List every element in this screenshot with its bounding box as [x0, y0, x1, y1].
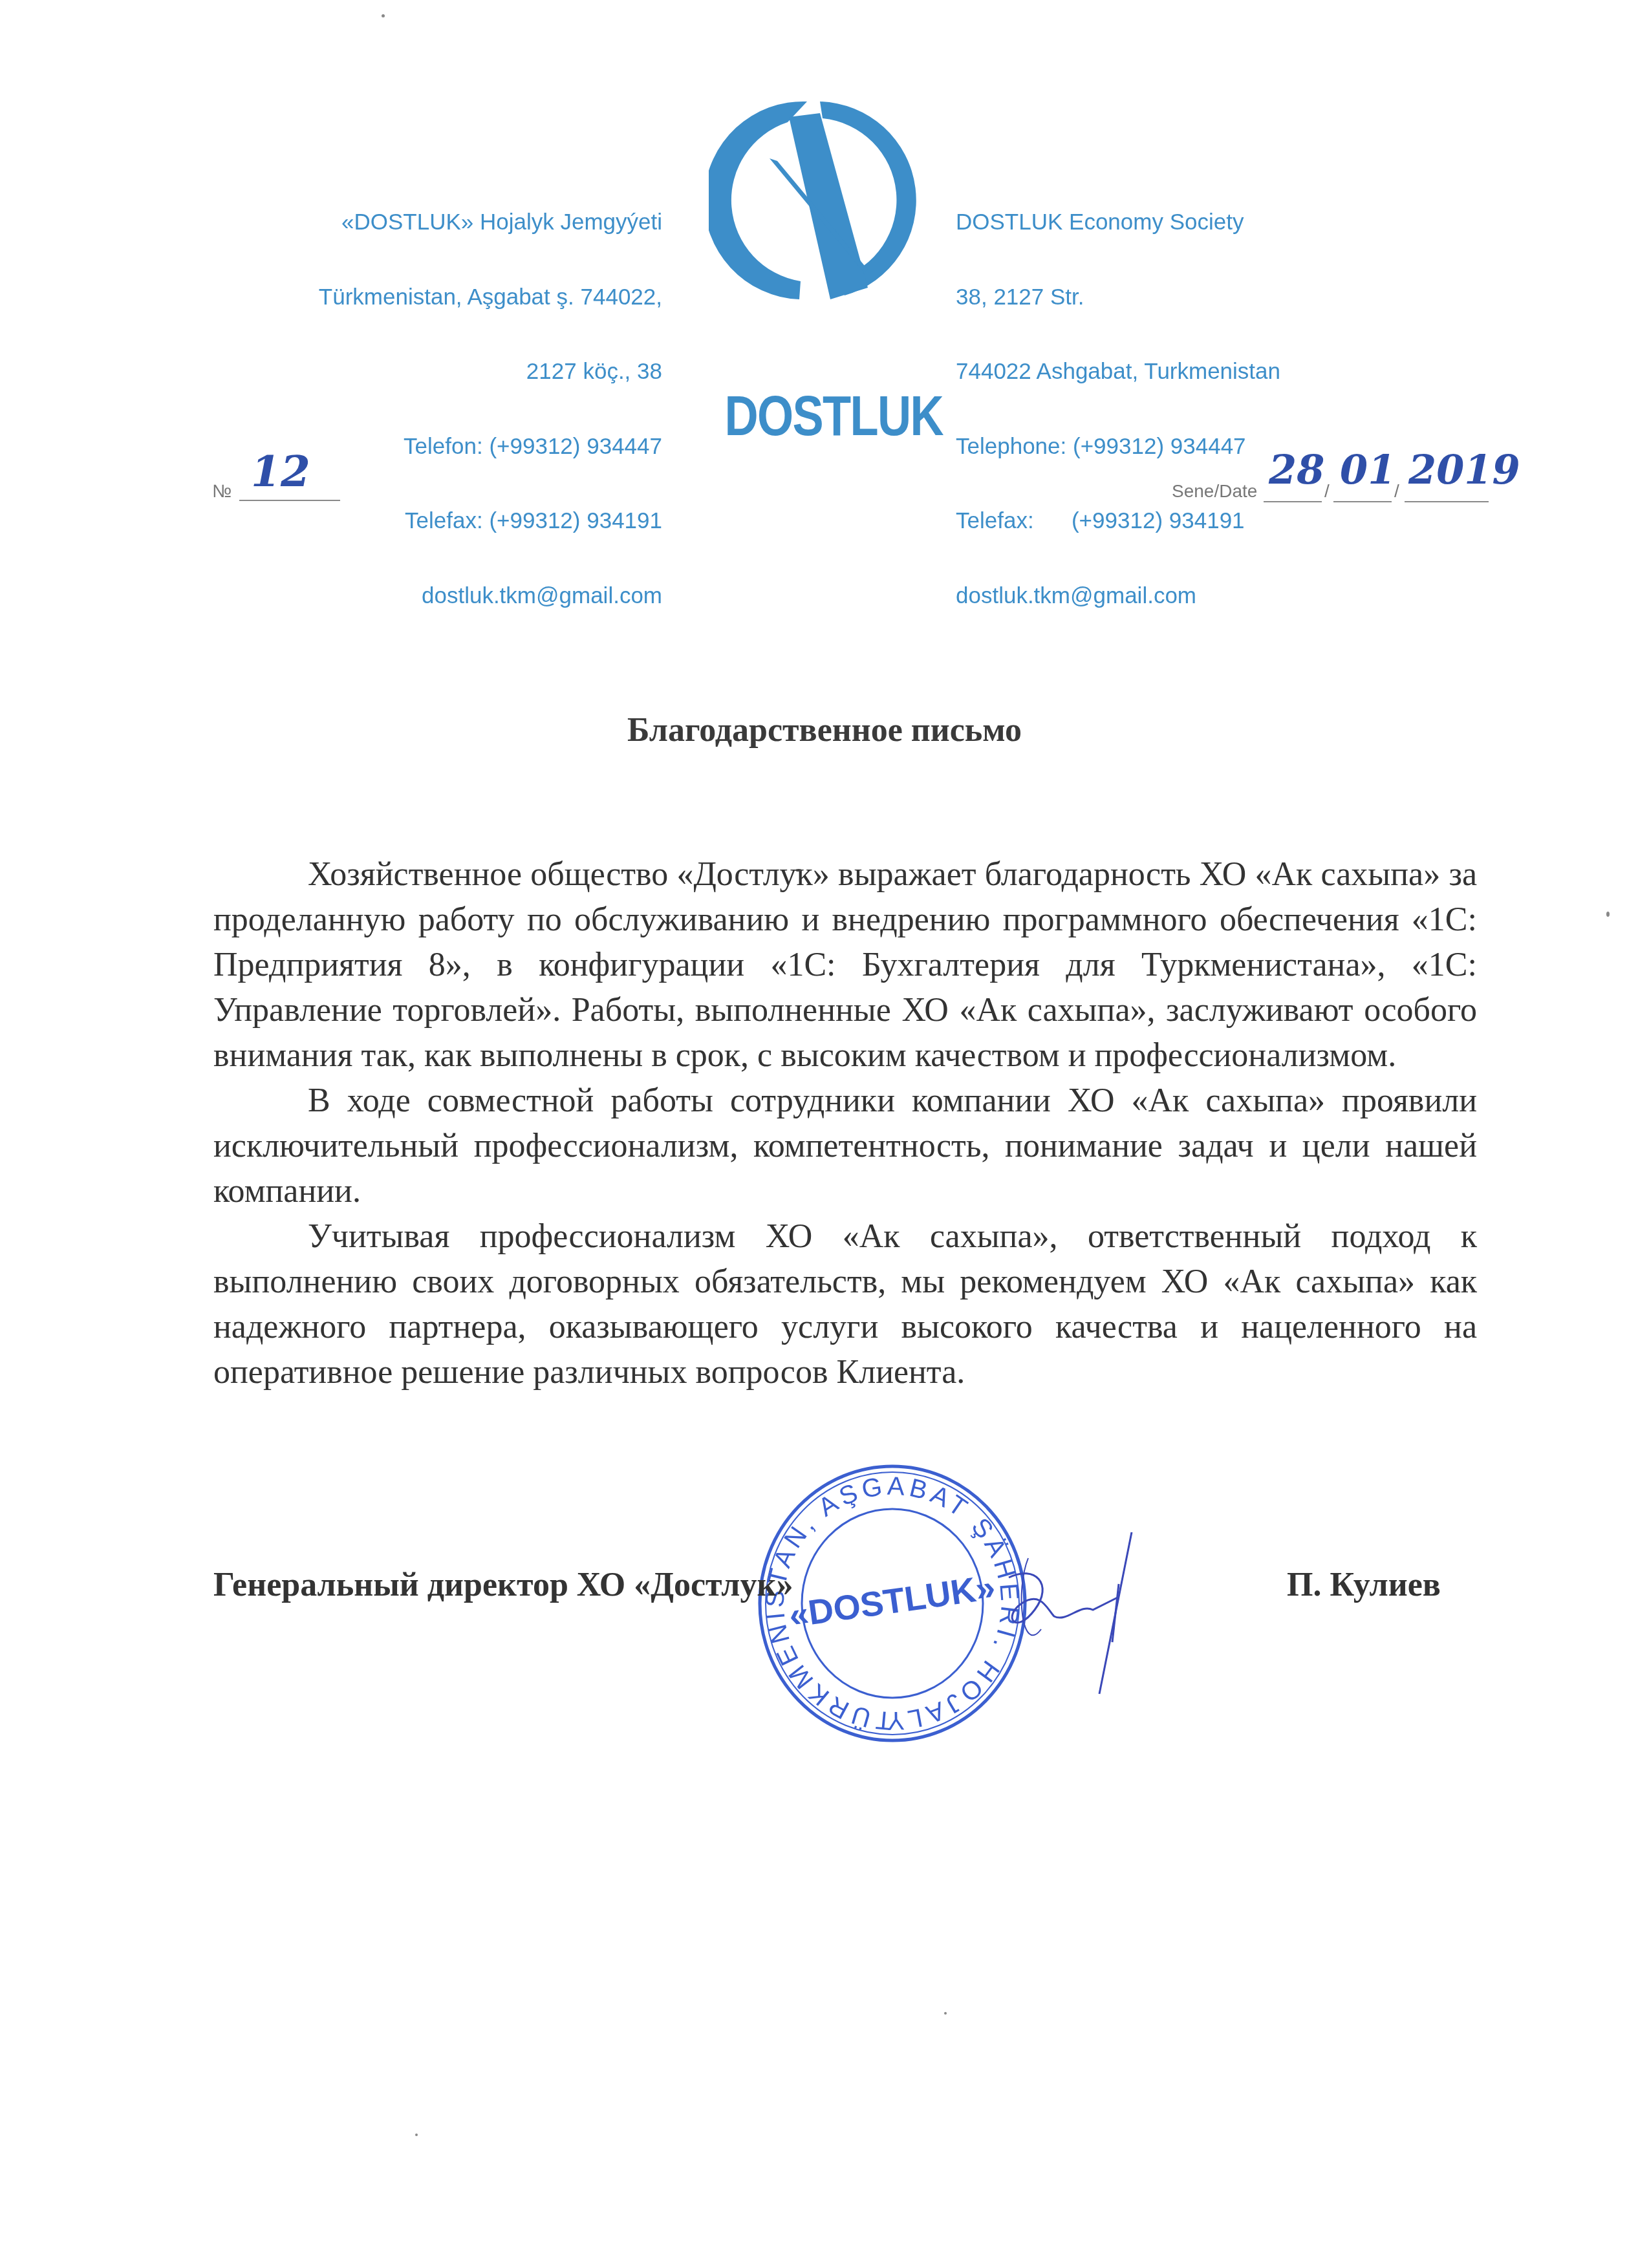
stamp-center-text: «DOSTLUK» [786, 1568, 997, 1635]
email-en: dostluk.tkm@gmail.com [956, 584, 1280, 609]
address-line-1-en: 38, 2127 Str. [956, 285, 1280, 310]
scan-speck [795, 869, 802, 872]
letter-title: Благодарственное письмо [0, 711, 1649, 749]
letterhead-right-block: DOSTLUK Economy Society 38, 2127 Str. 74… [956, 160, 1280, 634]
email-tm: dostluk.tkm@gmail.com [319, 584, 662, 609]
fax-tm: Telefax: (+99312) 934191 [319, 509, 662, 534]
handwritten-signature-icon [996, 1526, 1177, 1720]
letter-body: Хозяйственное общество «Достлук» выражае… [213, 852, 1477, 1395]
letter-number: 12 [251, 446, 310, 497]
date-year: 2019 [1408, 446, 1520, 493]
paragraph-2: В ходе совместной работы сотрудники комп… [213, 1078, 1477, 1214]
letterhead-left-block: «DOSTLUK» Hojalyk Jemgyýeti Türkmenistan… [319, 160, 662, 634]
date-separator-1: / [1324, 481, 1330, 502]
number-underline [239, 500, 340, 501]
dostluk-logo-icon [709, 94, 922, 307]
scan-speck [415, 2134, 418, 2136]
number-label: № [212, 481, 232, 502]
date-month: 01 [1340, 446, 1396, 493]
signatory-position: Генеральный директор ХО «Достлук» [213, 1566, 793, 1604]
scan-speck [382, 14, 385, 17]
date-label: Sene/Date [1172, 481, 1257, 502]
scan-speck [1606, 912, 1610, 917]
brand-name: DOSTLUK [725, 383, 905, 449]
date-year-underline [1405, 501, 1489, 502]
scan-speck [944, 2012, 947, 2015]
address-line-1-tm: Türkmenistan, Aşgabat ş. 744022, [319, 285, 662, 310]
signatory-name: П. Кулиев [1287, 1566, 1441, 1604]
address-line-2-en: 744022 Ashgabat, Turkmenistan [956, 359, 1280, 385]
address-line-2-tm: 2127 köç., 38 [319, 359, 662, 385]
phone-en: Telephone: (+99312) 934447 [956, 434, 1280, 460]
company-name-tm: «DOSTLUK» Hojalyk Jemgyýeti [319, 210, 662, 235]
date-day: 28 [1269, 446, 1324, 493]
date-month-underline [1333, 501, 1392, 502]
paragraph-3: Учитывая профессионализм ХО «Ак сахыпа»,… [213, 1214, 1477, 1395]
phone-tm: Telefon: (+99312) 934447 [319, 434, 662, 460]
company-name-en: DOSTLUK Economy Society [956, 210, 1280, 235]
paragraph-1: Хозяйственное общество «Достлук» выражае… [213, 852, 1477, 1078]
date-day-underline [1264, 501, 1322, 502]
fax-en: Telefax: (+99312) 934191 [956, 509, 1280, 534]
